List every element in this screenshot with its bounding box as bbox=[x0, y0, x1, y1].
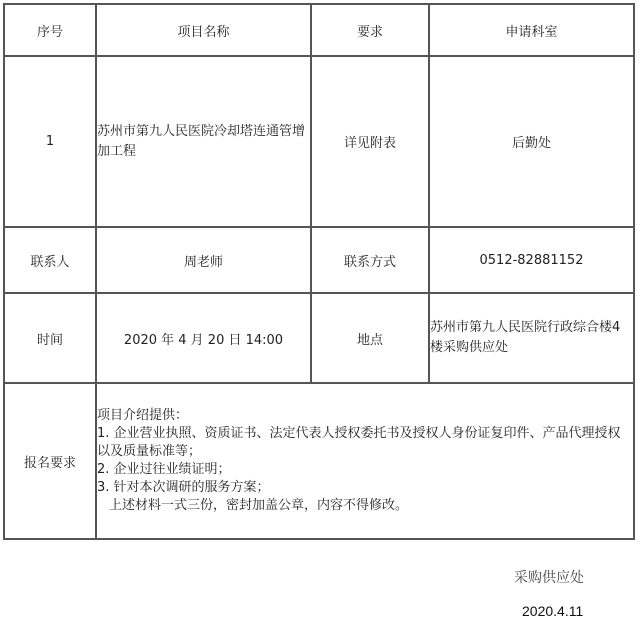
project-row: 1 苏州市第九人民医院冷却塔连通管增加工程 详见附表 后勤处 bbox=[4, 56, 634, 227]
time-label: 时间 bbox=[4, 293, 96, 383]
footer-date: 2020.4.11 bbox=[522, 603, 583, 619]
contact-label: 联系人 bbox=[4, 227, 96, 293]
time-value: 2020 年 4 月 20 日 14:00 bbox=[96, 293, 311, 383]
place-label: 地点 bbox=[311, 293, 429, 383]
time-place-row: 时间 2020 年 4 月 20 日 14:00 地点 苏州市第九人民医院行政综… bbox=[4, 293, 634, 383]
contact-method-label: 联系方式 bbox=[311, 227, 429, 293]
row-department: 后勤处 bbox=[429, 56, 634, 227]
contact-phone: 0512-82881152 bbox=[429, 227, 634, 293]
header-index: 序号 bbox=[4, 4, 96, 56]
row-project-name: 苏州市第九人民医院冷却塔连通管增加工程 bbox=[96, 56, 311, 227]
requirement-line-2: 2. 企业过往业绩证明； bbox=[97, 461, 633, 479]
place-value: 苏州市第九人民医院行政综合楼4楼采购供应处 bbox=[429, 293, 634, 383]
contact-row: 联系人 周老师 联系方式 0512-82881152 bbox=[4, 227, 634, 293]
header-department: 申请科室 bbox=[429, 4, 634, 56]
requirement-line-note: 上述材料一式三份，密封加盖公章，内容不得修改。 bbox=[97, 497, 633, 515]
row-requirement: 详见附表 bbox=[311, 56, 429, 227]
registration-label: 报名要求 bbox=[4, 383, 96, 539]
requirement-line-1: 1. 企业营业执照、资质证书、法定代表人授权委托书及授权人身份证复印件、产品代理… bbox=[97, 425, 633, 461]
requirement-line-intro: 项目介绍提供： bbox=[97, 407, 633, 425]
procurement-table: 序号 项目名称 要求 申请科室 1 苏州市第九人民医院冷却塔连通管增加工程 详见… bbox=[3, 3, 635, 540]
contact-name: 周老师 bbox=[96, 227, 311, 293]
registration-row: 报名要求 项目介绍提供： 1. 企业营业执照、资质证书、法定代表人授权委托书及授… bbox=[4, 383, 634, 539]
header-row: 序号 项目名称 要求 申请科室 bbox=[4, 4, 634, 56]
requirement-line-3: 3. 针对本次调研的服务方案； bbox=[97, 479, 633, 497]
row-index: 1 bbox=[4, 56, 96, 227]
header-requirement: 要求 bbox=[311, 4, 429, 56]
footer-org: 采购供应处 bbox=[514, 567, 584, 587]
registration-requirements: 项目介绍提供： 1. 企业营业执照、资质证书、法定代表人授权委托书及授权人身份证… bbox=[96, 383, 634, 539]
header-project-name: 项目名称 bbox=[96, 4, 311, 56]
